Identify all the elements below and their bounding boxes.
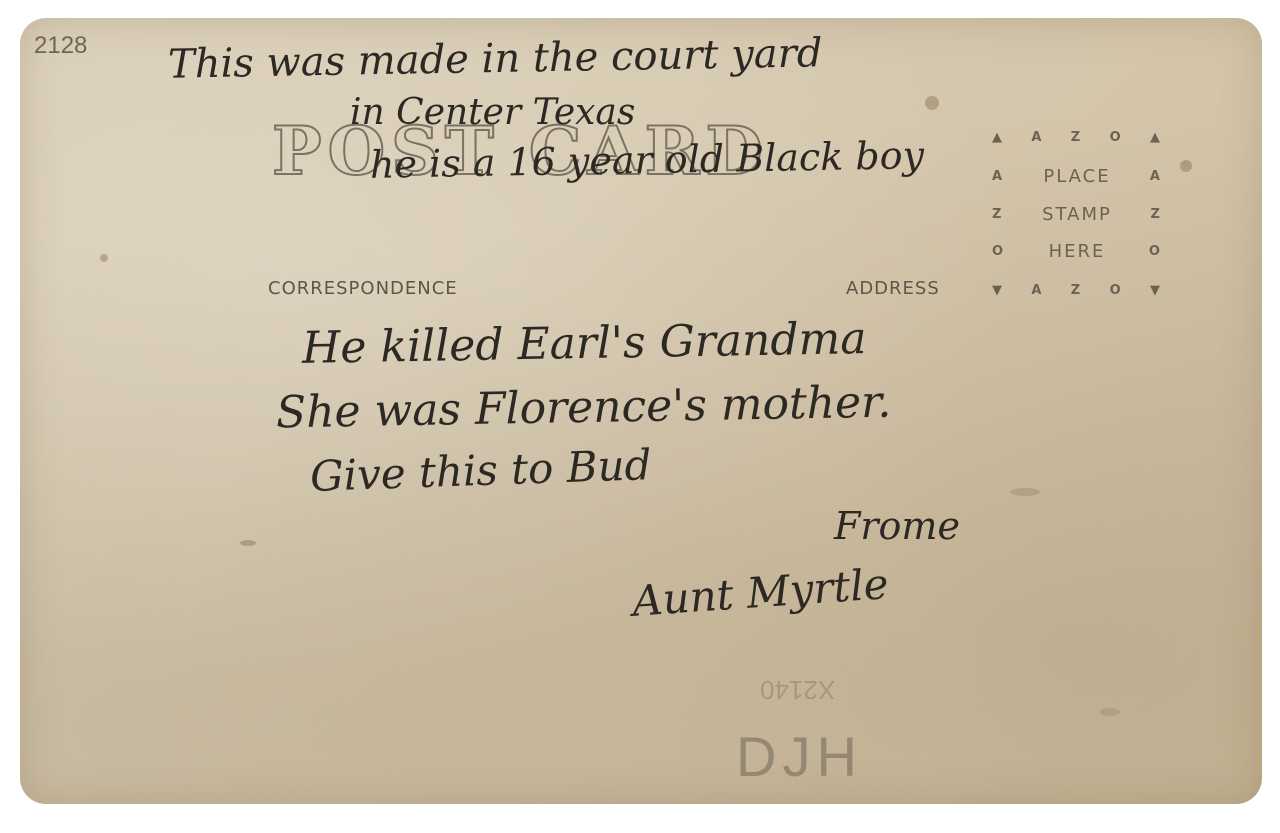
stamp-text-place: PLACE	[1043, 166, 1110, 187]
caption-line-2: in Center Texas	[350, 92, 635, 133]
triangle-down-icon: ▼	[1150, 283, 1162, 298]
paper-stain	[925, 96, 939, 110]
place-stamp-here-box: ▲ A Z O ▲ A PLACE A Z STAMP Z O HERE O ▼…	[992, 130, 1162, 310]
message-line-2: She was Florence's mother.	[276, 377, 892, 439]
triangle-up-icon: ▲	[1150, 130, 1162, 145]
stamp-side-mark: Z	[992, 207, 1003, 222]
stamp-border-letter: Z	[1071, 283, 1082, 298]
paper-stain	[1180, 160, 1192, 172]
stamp-border-letter: A	[1031, 283, 1043, 298]
stamp-text-stamp: STAMP	[1042, 204, 1112, 225]
correspondence-label: CORRESPONDENCE	[268, 278, 458, 299]
paper-stain	[1010, 488, 1040, 496]
stamp-border-bottom: ▼ A Z O ▼	[992, 283, 1162, 298]
stamp-border-letter: O	[1110, 283, 1123, 298]
catalog-number: 2128	[34, 32, 87, 60]
stamp-side-mark: A	[1150, 169, 1162, 184]
stamp-side-mark: O	[992, 244, 1005, 259]
address-label: ADDRESS	[846, 278, 940, 299]
signature: Aunt Myrtle	[631, 559, 890, 626]
triangle-down-icon: ▼	[992, 283, 1004, 298]
closing: Frome	[834, 504, 960, 548]
paper-stain	[100, 254, 108, 262]
stamp-side-mark: Z	[1151, 207, 1162, 222]
faint-pencil-code: X2140	[760, 674, 835, 705]
postcard-back: 2128 POST CARD CORRESPONDENCE ADDRESS ▲ …	[20, 18, 1262, 804]
triangle-up-icon: ▲	[992, 130, 1004, 145]
stamp-text-here: HERE	[1049, 241, 1106, 262]
stamp-border-top: ▲ A Z O ▲	[992, 130, 1162, 145]
message-line-1: He killed Earl's Grandma	[302, 313, 867, 374]
paper-stain	[1100, 708, 1120, 716]
stamp-border-letter: O	[1110, 130, 1123, 145]
stamp-border-letter: A	[1031, 130, 1043, 145]
stamp-border-letter: Z	[1071, 130, 1082, 145]
caption-line-3: he is a 16 year old Black boy	[370, 133, 925, 187]
stamp-line-place: A PLACE A	[992, 166, 1162, 187]
stamp-side-mark: O	[1149, 244, 1162, 259]
message-line-3: Give this to Bud	[309, 440, 652, 501]
stamp-line-here: O HERE O	[992, 241, 1162, 262]
pencil-initials: DJH	[736, 724, 863, 789]
stamp-line-stamp: Z STAMP Z	[992, 204, 1162, 225]
caption-line-1: This was made in the court yard	[168, 30, 823, 87]
stamp-side-mark: A	[992, 169, 1004, 184]
paper-stain	[240, 540, 256, 546]
